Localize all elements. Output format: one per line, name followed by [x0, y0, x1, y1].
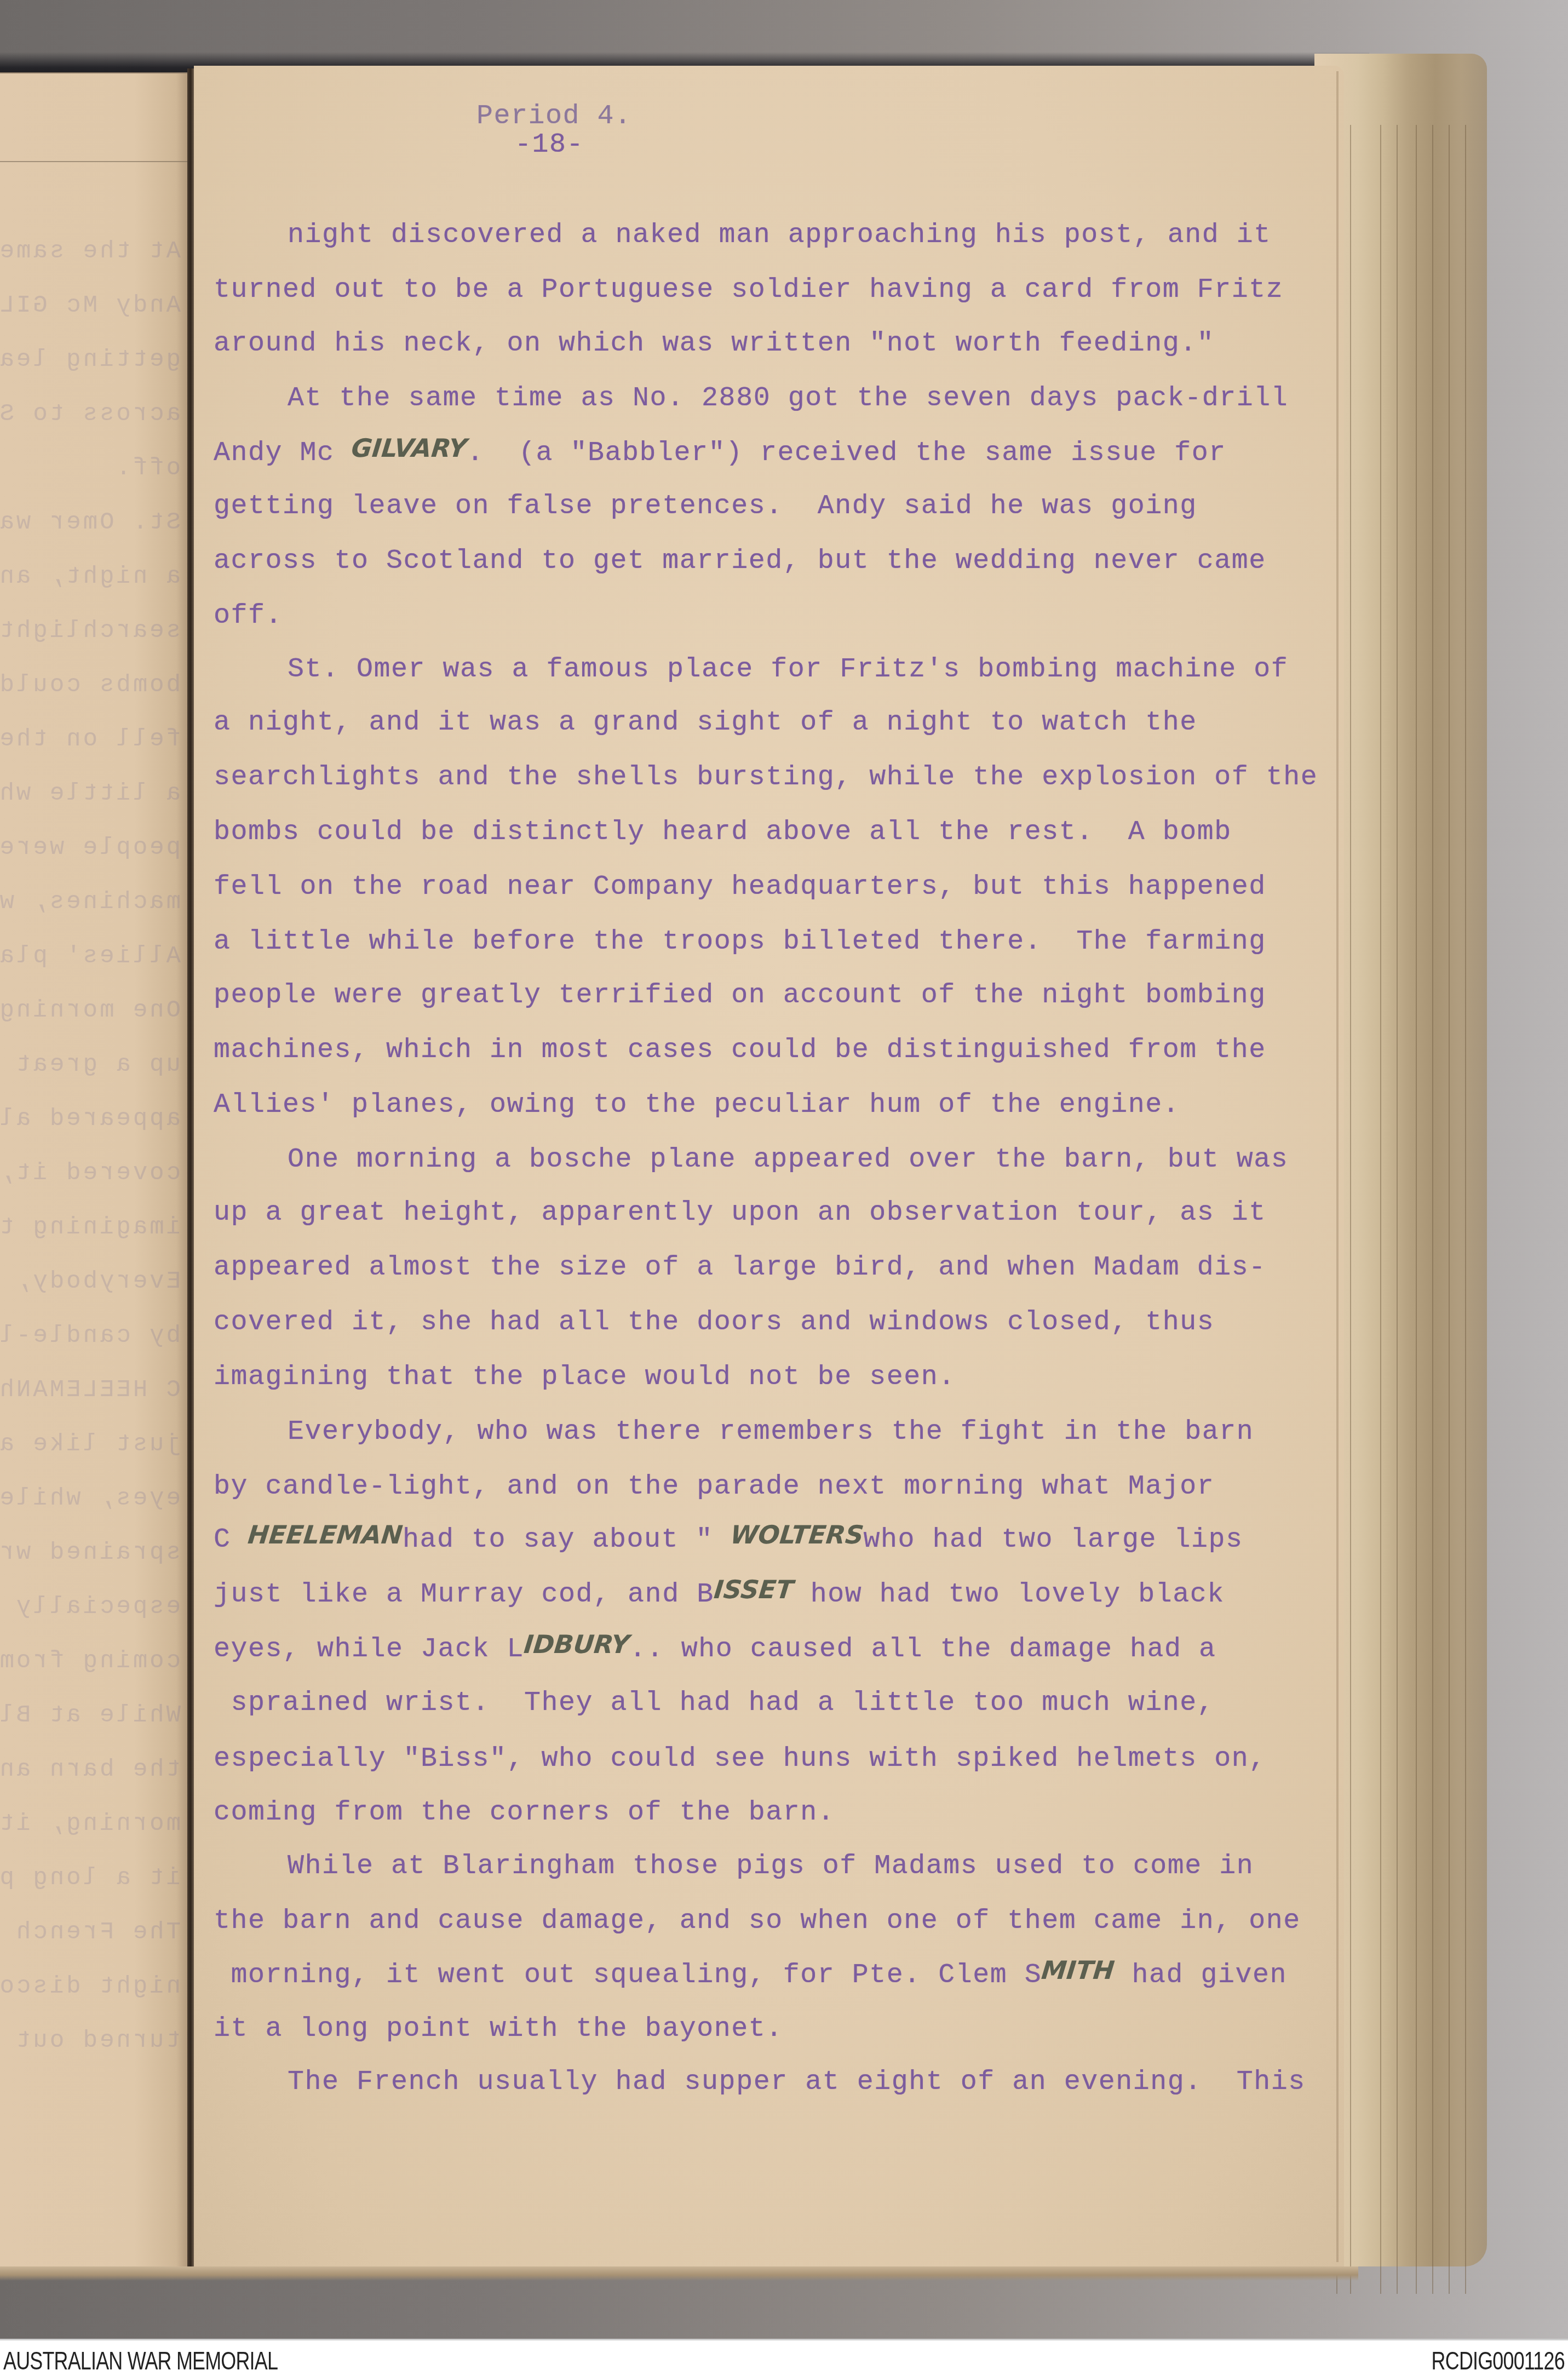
page-number: -18-: [515, 131, 584, 159]
typed-line: appeared almost the size of a large bird…: [214, 1254, 1266, 1282]
typed-line: especially "Biss", who could see huns wi…: [214, 1746, 1266, 1773]
right-page-edge: [1336, 71, 1339, 2262]
bleed-through-line: C HEELEMANhad to say about " WOLTERSwho …: [0, 1376, 181, 1404]
bleed-through-line: night discovered a naked man approaching…: [0, 1973, 181, 2000]
typed-line: turned out to be a Portuguese soldier ha…: [214, 277, 1283, 304]
typed-text: .. who caused all the damage had a: [629, 1634, 1216, 1665]
page-edge-line: [1449, 125, 1450, 2294]
bleed-through-line: At the same time as No. 2880 got the sev…: [0, 238, 181, 265]
bleed-through-line: morning, it went out squealing, for Pte.…: [0, 1810, 181, 1838]
bleed-through-line: by candle-light, and on the parade next …: [0, 1322, 181, 1350]
bleed-through-line: up a great height, apparently upon an ob…: [0, 1051, 181, 1078]
typed-line: Everybody, who was there remembers the f…: [288, 1419, 1254, 1446]
bleed-through-line: across to Scotland to get married, but t…: [0, 400, 181, 428]
typed-text: eyes, while Jack L: [214, 1634, 524, 1665]
typed-line: The French usually had supper at eight o…: [288, 2069, 1306, 2096]
typed-line: At the same time as No. 2880 got the sev…: [288, 385, 1288, 412]
bleed-through-line: While at Blaringham those pigs of Madams…: [0, 1702, 181, 1729]
handwritten-annotation: IDBURY: [523, 1632, 631, 1657]
typed-line: people were greatly terrified on account…: [214, 982, 1266, 1009]
typed-line: St. Omer was a famous place for Fritz's …: [288, 656, 1288, 684]
typed-line: just like a Murray cod, and BISSET how h…: [214, 1580, 1225, 1609]
handwritten-annotation: WOLTERS: [729, 1522, 865, 1547]
typed-text: just like a Murray cod, and B: [214, 1579, 714, 1610]
typed-line: sprained wrist. They all had had a littl…: [214, 1690, 1214, 1717]
bleed-through-line: covered it, she had all the doors and wi…: [0, 1160, 181, 1187]
page-edge-line: [1416, 125, 1417, 2294]
typed-text: Andy Mc: [214, 438, 352, 469]
handwritten-annotation: MITH: [1041, 1958, 1116, 1983]
bleed-through-line: St. Omer was a famous place for Fritz's …: [0, 509, 181, 536]
page-edge-line: [1397, 125, 1398, 2294]
footer-catalogue-id: RCDIG0001126: [1432, 2346, 1565, 2375]
typed-line: a little while before the troops billete…: [214, 928, 1266, 956]
page-edge-line: [1350, 125, 1351, 2294]
bleed-through-line: it a long point with the bayonet.: [0, 1864, 181, 1892]
bleed-through-line: bombs could be distinctly heard above al…: [0, 672, 181, 699]
book-bottom-edge: [0, 2266, 1358, 2281]
bleed-through-line: machines, which in most cases could be d…: [0, 888, 181, 916]
page-edge-line: [1380, 125, 1381, 2294]
typed-line: eyes, while Jack LIDBURY.. who caused al…: [214, 1635, 1216, 1663]
page-edge-line: [1432, 125, 1433, 2294]
bleed-through-line: just like a Murray cod, and BISSET how h…: [0, 1431, 181, 1458]
typed-line: While at Blaringham those pigs of Madams…: [288, 1853, 1254, 1880]
bleed-through-line: a little while before the troops billete…: [0, 780, 181, 807]
bleed-through-line: especially "Biss", who could see huns wi…: [0, 1593, 181, 1621]
handwritten-annotation: HEELEMAN: [247, 1522, 404, 1547]
typed-line: around his neck, on which was written "n…: [214, 330, 1214, 358]
bleed-through-line: people were greatly terrified on account…: [0, 834, 181, 862]
typed-line: morning, it went out squealing, for Pte.…: [214, 1961, 1287, 1989]
bleed-through-line: The French usually had supper at eight o…: [0, 1919, 181, 1946]
typed-text: who had two large lips: [863, 1524, 1243, 1556]
typed-line: a night, and it was a grand sight of a n…: [214, 709, 1197, 737]
handwritten-annotation: ISSET: [713, 1577, 794, 1602]
bleed-through-line: a night, and it was a grand sight of a n…: [0, 563, 181, 590]
bleed-through-line: the barn and cause damage, and so when o…: [0, 1756, 181, 1783]
typed-line: bombs could be distinctly heard above al…: [214, 819, 1232, 846]
typed-line: One morning a bosche plane appeared over…: [288, 1146, 1288, 1174]
book-gutter: [187, 68, 194, 2270]
typed-text: how had two lovely black: [793, 1579, 1225, 1610]
bleed-through-line: eyes, while Jack LIDBURY.. who caused al…: [0, 1485, 181, 1512]
left-page-rule: [0, 161, 192, 162]
bleed-through-line: turned out to be a Portuguese soldier ha…: [0, 2027, 181, 2054]
page-edge-line: [1465, 125, 1466, 2294]
bleed-through-line: appeared almost the size of a large bird…: [0, 1105, 181, 1133]
typed-line: across to Scotland to get married, but t…: [214, 548, 1266, 575]
typed-line: by candle-light, and on the parade next …: [214, 1473, 1214, 1501]
bleed-through-line: off.: [0, 455, 181, 482]
bleed-through-line: Andy Mc GILVARY. (a "Babbler") received …: [0, 292, 181, 319]
typed-line: it a long point with the bayonet.: [214, 2016, 783, 2043]
bleed-through-line: searchlights and the shells bursting, wh…: [0, 617, 181, 645]
page-header: Period 4.: [476, 103, 632, 130]
typed-text: had to say about ": [403, 1524, 731, 1556]
typed-text: . (a "Babbler") received the same issue …: [467, 438, 1226, 469]
typed-line: imagining that the place would not be se…: [214, 1364, 956, 1391]
bleed-through-line: Allies' planes, owing to the peculiar hu…: [0, 943, 181, 970]
bleed-through-line: fell on the road near Company headquarte…: [0, 726, 181, 753]
typed-line: Allies' planes, owing to the peculiar hu…: [214, 1092, 1180, 1119]
bleed-through-line: One morning a bosche plane appeared over…: [0, 997, 181, 1024]
typed-text: morning, it went out squealing, for Pte.…: [214, 1960, 1042, 1991]
typed-line: coming from the corners of the barn.: [214, 1799, 835, 1827]
typed-line: getting leave on false pretences. Andy s…: [214, 493, 1197, 520]
typed-line: searchlights and the shells bursting, wh…: [214, 764, 1318, 791]
typed-line: the barn and cause damage, and so when o…: [214, 1908, 1301, 1935]
typed-line: machines, which in most cases could be d…: [214, 1037, 1266, 1064]
left-page: At the same time as No. 2880 got the sev…: [0, 72, 192, 2270]
bleed-through-line: getting leave on false pretences. Andy s…: [0, 346, 181, 374]
typed-line: up a great height, apparently upon an ob…: [214, 1200, 1266, 1227]
typed-line: off.: [214, 602, 283, 630]
handwritten-annotation: GILVARY: [351, 435, 468, 461]
bleed-through-line: coming from the corners of the barn.: [0, 1648, 181, 1675]
typed-text: C: [214, 1524, 248, 1556]
footer: AUSTRALIAN WAR MEMORIAL RCDIG0001126: [0, 2339, 1568, 2376]
typed-text: had given: [1115, 1960, 1287, 1991]
typed-line: Andy Mc GILVARY. (a "Babbler") received …: [214, 439, 1226, 467]
typed-line: fell on the road near Company headquarte…: [214, 874, 1266, 901]
bleed-through-line: imagining that the place would not be se…: [0, 1214, 181, 1241]
bleed-through-line: sprained wrist. They all had had a littl…: [0, 1539, 181, 1566]
bleed-through-line: Everybody, who was there remembers the f…: [0, 1268, 181, 1295]
footer-institution: AUSTRALIAN WAR MEMORIAL: [3, 2346, 278, 2375]
typed-line: night discovered a naked man approaching…: [288, 222, 1271, 249]
typed-line: C HEELEMANhad to say about " WOLTERSwho …: [214, 1525, 1243, 1554]
typed-line: covered it, she had all the doors and wi…: [214, 1309, 1214, 1336]
